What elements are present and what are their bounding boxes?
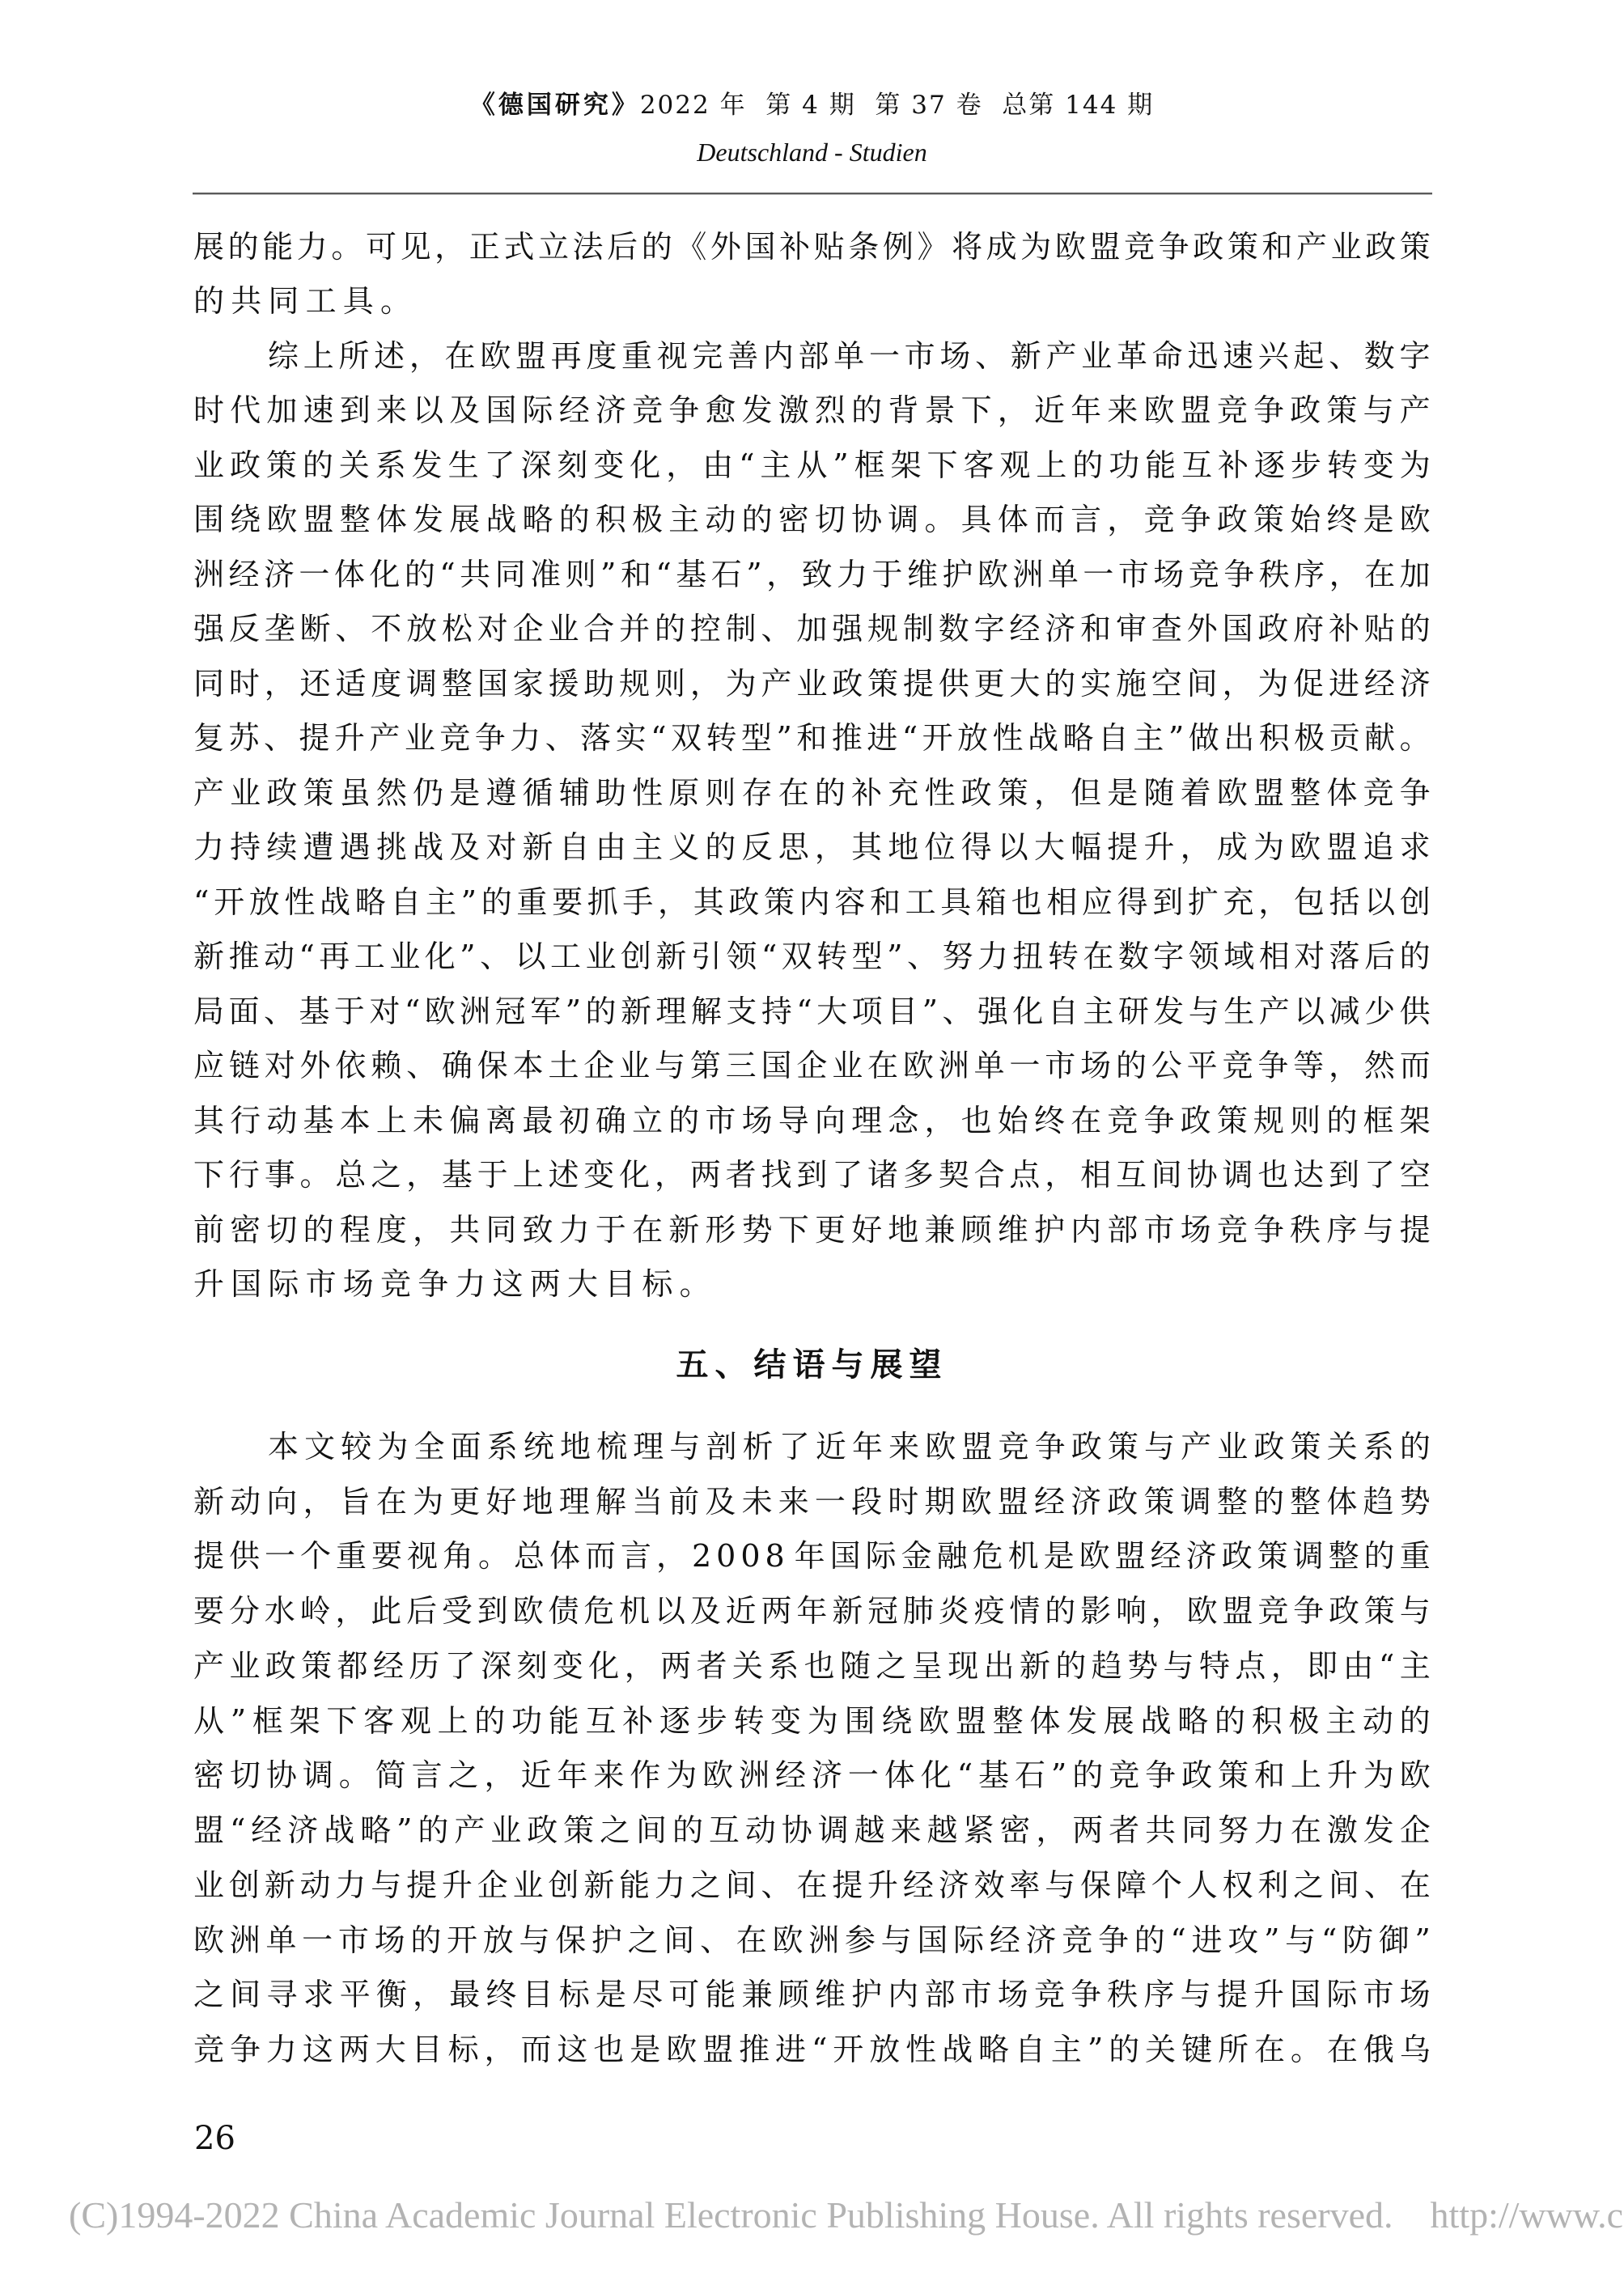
text-line: 其行动基本上未偏离最初确立的市场导向理念，也始终在竞争政策规则的框架 [193,1100,1431,1141]
text-line: 提供一个重要视角。总体而言，2008 年国际金融危机是欧盟经济政策调整的重 [193,1536,1431,1576]
text-line: 竞争力这两大目标，而这也是欧盟推进“开放性战略自主”的关键所在。在俄乌 [193,2029,1431,2070]
text-line: 应链对外依赖、确保本土企业与第三国企业在欧洲单一市场的公平竞争等，然而 [193,1045,1431,1086]
text-line: 升国际市场竞争力这两大目标。 [193,1264,1431,1304]
text-line: 之间寻求平衡，最终目标是尽可能兼顾维护内部市场竞争秩序与提升国际市场 [193,1974,1431,2015]
issue-info: 2022 年 第 4 期 第 37 卷 总第 144 期 [640,91,1154,120]
text-line: 新推动“再工业化”、以工业创新引领“双转型”、努力扭转在数字领域相对落后的 [193,936,1431,977]
text-line: 下行事。总之，基于上述变化，两者找到了诸多契合点，相互间协调也达到了空 [193,1155,1431,1195]
text-line: 业政策的关系发生了深刻变化，由“主从”框架下客观上的功能互补逐步转变为 [193,445,1431,485]
text-line: 复苏、提升产业竞争力、落实“双转型”和推进“开放性战略自主”做出积极贡献。 [193,718,1431,758]
text-line: 密切协调。简言之，近年来作为欧洲经济一体化“基石”的竞争政策和上升为欧 [193,1755,1431,1795]
text-line: 要分水岭，此后受到欧债危机以及近两年新冠肺炎疫情的影响，欧盟竞争政策与 [193,1591,1431,1631]
text-line: 从”框架下客观上的功能互补逐步转变为围绕欧盟整体发展战略的积极主动的 [193,1701,1431,1741]
running-header-journal: 《德国研究》2022 年 第 4 期 第 37 卷 总第 144 期 [0,86,1624,125]
text-line: 本文较为全面系统地梳理与剖析了近年来欧盟竞争政策与产业政策关系的 [268,1426,1431,1467]
text-line: 产业政策虽然仍是遵循辅助性原则存在的补充性政策，但是随着欧盟整体竞争 [193,773,1431,813]
text-line: 时代加速到来以及国际经济竞争愈发激烈的背景下，近年来欧盟竞争政策与产 [193,390,1431,430]
text-line: “开放性战略自主”的重要抓手，其政策内容和工具箱也相应得到扩充，包括以创 [193,882,1431,922]
text-line: 综上所述，在欧盟再度重视完善内部单一市场、新产业革命迅速兴起、数字 [268,336,1431,376]
text-line: 围绕欧盟整体发展战略的积极主动的密切协调。具体而言，竞争政策始终是欧 [193,499,1431,540]
text-line: 欧洲单一市场的开放与保护之间、在欧洲参与国际经济竞争的“进攻”与“防御” [193,1920,1431,1960]
text-line: 力持续遭遇挑战及对新自由主义的反思，其地位得以大幅提升，成为欧盟追求 [193,827,1431,867]
text-line: 展的能力。可见，正式立法后的《外国补贴条例》将成为欧盟竞争政策和产业政策 [193,227,1431,267]
text-line: 盟“经济战略”的产业政策之间的互动协调越来越紧密，两者共同努力在激发企 [193,1810,1431,1850]
header-divider [193,193,1432,195]
text-line: 同时，还适度调整国家援助规则，为产业政策提供更大的实施空间，为促进经济 [193,663,1431,704]
text-line: 的共同工具。 [193,281,1431,321]
text-line: 产业政策都经历了深刻变化，两者关系也随之呈现出新的趋势与特点，即由“主 [193,1646,1431,1686]
running-header-subtitle: Deutschland - Studien [0,134,1624,170]
text-line: 前密切的程度，共同致力于在新形势下更好地兼顾维护内部市场竞争秩序与提 [193,1210,1431,1250]
text-line: 局面、基于对“欧洲冠军”的新理解支持“大项目”、强化自主研发与生产以减少供 [193,991,1431,1032]
copyright-notice: (C)1994-2022 China Academic Journal Elec… [69,2191,1624,2240]
text-line: 业创新动力与提升企业创新能力之间、在提升经济效率与保障个人权利之间、在 [193,1865,1431,1905]
section-heading: 五、结语与展望 [0,1345,1624,1385]
text-line: 强反垄断、不放松对企业合并的控制、加强规制数字经济和审查外国政府补贴的 [193,608,1431,649]
text-line: 洲经济一体化的“共同准则”和“基石”，致力于维护欧洲单一市场竞争秩序，在加 [193,554,1431,595]
page-number: 26 [194,2120,235,2157]
text-line: 新动向，旨在为更好地理解当前及未来一段时期欧盟经济政策调整的整体趋势 [193,1481,1431,1522]
journal-name: 《德国研究》 [470,91,640,120]
